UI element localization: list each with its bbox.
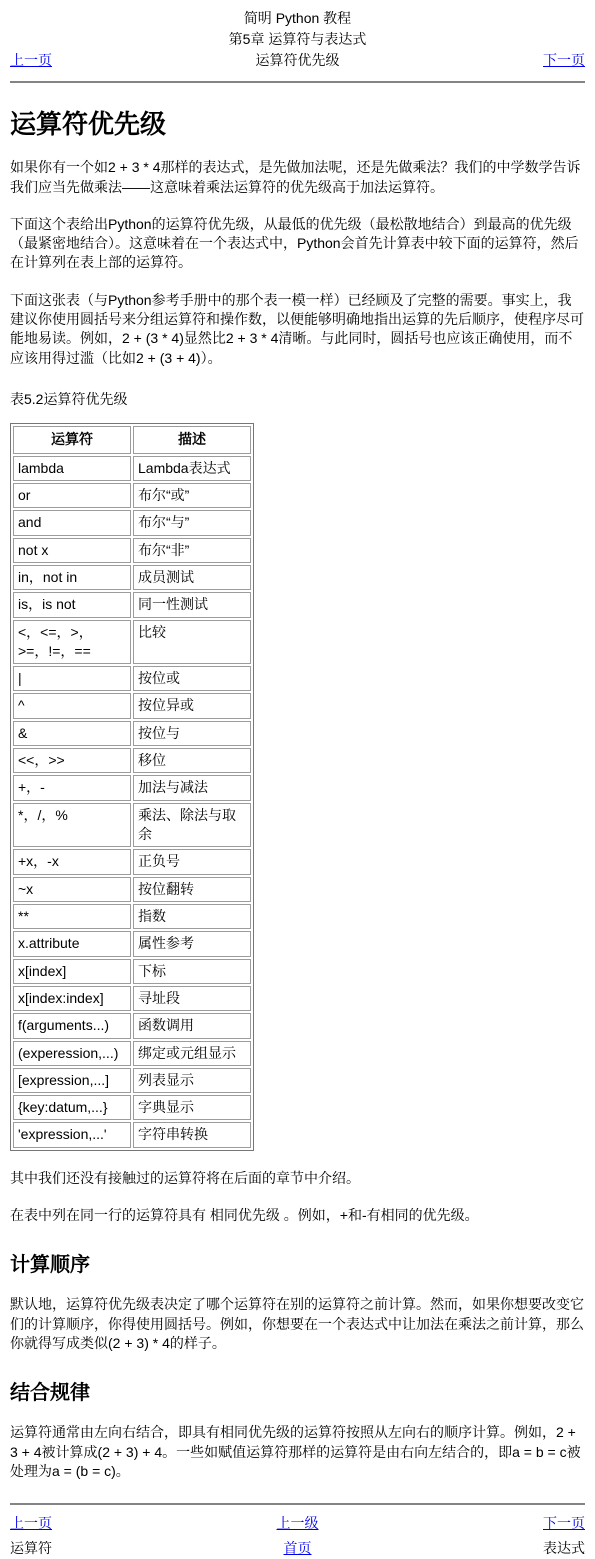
operator-cell: lambda — [13, 456, 131, 481]
description-cell: 字典显示 — [133, 1095, 251, 1120]
operator-cell: +，- — [13, 775, 131, 800]
table-row: +，-加法与减法 — [13, 775, 251, 800]
description-cell: 列表显示 — [133, 1068, 251, 1093]
operator-cell: not x — [13, 538, 131, 563]
operator-cell: +x，-x — [13, 849, 131, 874]
description-cell: 乘法、除法与取余 — [133, 803, 251, 848]
description-cell: 寻址段 — [133, 986, 251, 1011]
description-cell: 按位与 — [133, 721, 251, 746]
table-row: is，is not同一性测试 — [13, 592, 251, 617]
page-heading: 运算符优先级 — [10, 109, 585, 140]
operator-cell: and — [13, 510, 131, 535]
footer-titles-row: 运算符 首页 表达式 — [10, 1538, 585, 1559]
description-cell: 布尔“与” — [133, 510, 251, 535]
nav-header-row: 上一页 运算符优先级 下一页 — [10, 50, 585, 71]
table-row: x[index]下标 — [13, 959, 251, 984]
description-cell: 布尔“或” — [133, 483, 251, 508]
operator-cell: [expression,...] — [13, 1068, 131, 1093]
description-cell: 同一性测试 — [133, 592, 251, 617]
after-table-paragraph: 其中我们还没有接触过的运算符将在后面的章节中介绍。 — [10, 1169, 585, 1188]
operator-cell: x[index:index] — [13, 986, 131, 1011]
table-caption: 表5.2运算符优先级 — [10, 390, 585, 409]
intro-paragraph: 如果你有一个如2 + 3 * 4那样的表达式，是先做加法呢，还是先做乘法？我们的… — [10, 158, 585, 197]
table-row: <，<=，>，>=，!=，==比较 — [13, 620, 251, 665]
intro-paragraph: 下面这个表给出Python的运算符优先级，从最低的优先级（最松散地结合）到最高的… — [10, 215, 585, 273]
column-header-operator: 运算符 — [13, 426, 131, 453]
operator-cell: & — [13, 721, 131, 746]
operator-cell: <<，>> — [13, 748, 131, 773]
footer-links-row: 上一页 上一级 下一页 — [10, 1513, 585, 1534]
operator-cell: ** — [13, 904, 131, 929]
operator-cell: f(arguments...) — [13, 1013, 131, 1038]
operator-cell: x.attribute — [13, 931, 131, 956]
table-row: +x，-x正负号 — [13, 849, 251, 874]
table-row: ^按位异或 — [13, 693, 251, 718]
table-row: and布尔“与” — [13, 510, 251, 535]
section-paragraph: 运算符通常由左向右结合，即具有相同优先级的运算符按照从左向右的顺序计算。例如，2… — [10, 1423, 585, 1481]
page: 简明 Python 教程 第5章 运算符与表达式 上一页 运算符优先级 下一页 … — [0, 0, 595, 1559]
description-cell: Lambda表达式 — [133, 456, 251, 481]
table-row: x.attribute属性参考 — [13, 931, 251, 956]
table-row: in，not in成员测试 — [13, 565, 251, 590]
table-row: &按位与 — [13, 721, 251, 746]
chapter-title: 第5章 运算符与表达式 — [10, 29, 585, 50]
operator-cell: <，<=，>，>=，!=，== — [13, 620, 131, 665]
operator-cell: in，not in — [13, 565, 131, 590]
operator-cell: ^ — [13, 693, 131, 718]
after-table-paragraph: 在表中列在同一行的运算符具有 相同优先级 。例如，+和-有相同的优先级。 — [10, 1206, 585, 1225]
nav-footer: 上一页 上一级 下一页 运算符 首页 表达式 — [10, 1503, 585, 1559]
table-row: ~x按位翻转 — [13, 877, 251, 902]
description-cell: 字符串转换 — [133, 1122, 251, 1147]
description-cell: 移位 — [133, 748, 251, 773]
operator-cell: ~x — [13, 877, 131, 902]
operator-cell: (experession,...) — [13, 1041, 131, 1066]
page-title: 运算符优先级 — [202, 50, 394, 71]
table-row: *，/，%乘法、除法与取余 — [13, 803, 251, 848]
description-cell: 正负号 — [133, 849, 251, 874]
description-cell: 布尔“非” — [133, 538, 251, 563]
description-cell: 按位或 — [133, 666, 251, 691]
footer-prev-link[interactable]: 上一页 — [10, 1515, 52, 1531]
footer-next-link[interactable]: 下一页 — [543, 1515, 585, 1531]
footer-up-link[interactable]: 上一级 — [277, 1515, 319, 1531]
intro-paragraph: 下面这张表（与Python参考手册中的那个表一模一样）已经顾及了完整的需要。事实… — [10, 291, 585, 368]
operator-cell: x[index] — [13, 959, 131, 984]
nav-header: 简明 Python 教程 第5章 运算符与表达式 上一页 运算符优先级 下一页 — [10, 8, 585, 83]
table-row: |按位或 — [13, 666, 251, 691]
operator-cell: or — [13, 483, 131, 508]
description-cell: 按位异或 — [133, 693, 251, 718]
footer-prev-title: 运算符 — [10, 1538, 202, 1559]
precedence-table: 运算符 描述 lambdaLambda表达式or布尔“或”and布尔“与”not… — [10, 423, 254, 1150]
description-cell: 按位翻转 — [133, 877, 251, 902]
table-header-row: 运算符 描述 — [13, 426, 251, 453]
section-heading-evaluation-order: 计算顺序 — [10, 1253, 585, 1277]
section-paragraph: 默认地，运算符优先级表决定了哪个运算符在别的运算符之前计算。然而，如果你想要改变… — [10, 1295, 585, 1353]
table-row: x[index:index]寻址段 — [13, 986, 251, 1011]
section-heading-associativity: 结合规律 — [10, 1381, 585, 1405]
table-row: 'expression,...'字符串转换 — [13, 1122, 251, 1147]
description-cell: 属性参考 — [133, 931, 251, 956]
table-row: **指数 — [13, 904, 251, 929]
operator-cell: | — [13, 666, 131, 691]
operator-cell: {key:datum,...} — [13, 1095, 131, 1120]
header-divider — [10, 81, 585, 83]
description-cell: 比较 — [133, 620, 251, 665]
next-page-link[interactable]: 下一页 — [543, 52, 585, 68]
table-row: not x布尔“非” — [13, 538, 251, 563]
description-cell: 成员测试 — [133, 565, 251, 590]
description-cell: 加法与减法 — [133, 775, 251, 800]
footer-divider — [10, 1503, 585, 1505]
description-cell: 绑定或元组显示 — [133, 1041, 251, 1066]
table-row: f(arguments...)函数调用 — [13, 1013, 251, 1038]
table-row: (experession,...)绑定或元组显示 — [13, 1041, 251, 1066]
operator-cell: is，is not — [13, 592, 131, 617]
precedence-table-body: lambdaLambda表达式or布尔“或”and布尔“与”not x布尔“非”… — [13, 456, 251, 1148]
main-content: 运算符优先级 如果你有一个如2 + 3 * 4那样的表达式，是先做加法呢，还是先… — [10, 109, 585, 1481]
table-row: lambdaLambda表达式 — [13, 456, 251, 481]
book-title: 简明 Python 教程 — [10, 8, 585, 29]
prev-page-link[interactable]: 上一页 — [10, 52, 52, 68]
table-row: {key:datum,...}字典显示 — [13, 1095, 251, 1120]
footer-next-title: 表达式 — [393, 1538, 585, 1559]
operator-cell: *，/，% — [13, 803, 131, 848]
table-row: <<，>>移位 — [13, 748, 251, 773]
column-header-description: 描述 — [133, 426, 251, 453]
description-cell: 函数调用 — [133, 1013, 251, 1038]
table-row: [expression,...]列表显示 — [13, 1068, 251, 1093]
description-cell: 下标 — [133, 959, 251, 984]
table-row: or布尔“或” — [13, 483, 251, 508]
operator-cell: 'expression,...' — [13, 1122, 131, 1147]
description-cell: 指数 — [133, 904, 251, 929]
footer-home-link[interactable]: 首页 — [284, 1540, 312, 1556]
